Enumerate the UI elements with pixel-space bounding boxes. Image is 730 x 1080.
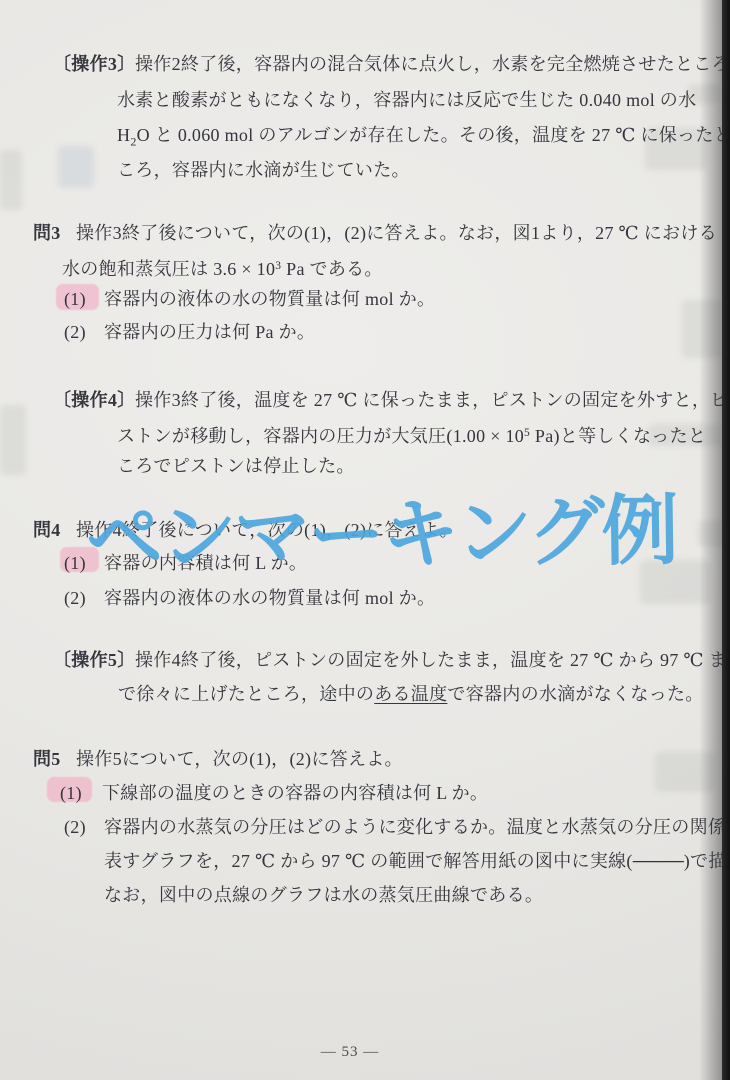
op5-line-2-tail: で容器内の水滴がなくなった。 (447, 684, 703, 704)
q3-item-2-text: 容器内の圧力は何 Pa か。 (104, 320, 315, 345)
photo-edge-strip (722, 0, 730, 1080)
op3-line-4: ころ，容器内に水滴が生じていた。 (117, 158, 410, 183)
op5-line-2-text: で徐々に上げたところ，途中の (118, 684, 374, 704)
q5-item-2-line-3: なお，図中の点線のグラフは水の蒸気圧曲線である。 (104, 883, 543, 908)
q3-item-1-marker: (1) (64, 287, 86, 312)
watermark-pen-marking-example: ペンマーキング例 (85, 488, 676, 582)
page-edge-shadow (699, 0, 723, 1080)
q5-item-2-marker: (2) (64, 815, 86, 840)
q5-item-1-text: 下線部の温度のときの容器の内容積は何 L か。 (102, 781, 488, 806)
exam-page-photo: 〔操作3〕 操作2終了後，容器内の混合気体に点火し，水素を完全燃焼させたところ，… (0, 0, 730, 1080)
q4-item-2-text: 容器内の液体の水の物質量は何 mol か。 (104, 586, 435, 611)
q3-item-2-marker: (2) (64, 320, 86, 345)
q5-item-2-line-2: 表すグラフを，27 ℃ から 97 ℃ の範囲で解答用紙の図中に実線(────)… (104, 849, 730, 874)
q5-item-2-line-1: 容器内の水蒸気の分圧はどのように変化するか。温度と水蒸気の分圧の関係を (104, 815, 730, 840)
op4-line-3: ころでピストンは停止した。 (117, 454, 355, 479)
op4-line-1: 操作3終了後，温度を 27 ℃ に保ったまま，ピストンの固定を外すと，ピ (135, 388, 728, 413)
q3-line-2-text: 水の飽和蒸気圧は 3.6 × 10 (62, 259, 275, 279)
q5-line-1: 操作5について，次の(1)，(2)に答えよ。 (76, 747, 403, 772)
q4-item-1-marker: (1) (64, 551, 86, 576)
bleed-mark (0, 405, 26, 475)
solid-line-glyph: ──── (633, 851, 684, 871)
op4-line-2-unit: Pa)と等しくなったと (530, 426, 706, 446)
bleed-mark (58, 146, 94, 188)
op3-label: 〔操作3〕 (53, 52, 136, 77)
op3-line-3: H2O と 0.060 mol のアルゴンが存在した。その後，温度を 27 ℃ … (117, 123, 730, 155)
q3-label: 問3 (33, 221, 61, 246)
op3-line-2: 水素と酸素がともになくなり，容器内には反応で生じた 0.040 mol の水 (117, 88, 696, 113)
q3-item-1-text: 容器内の液体の水の物質量は何 mol か。 (104, 287, 435, 312)
q5-item-1-marker: (1) (60, 781, 82, 806)
q4-item-2-marker: (2) (64, 586, 86, 611)
op4-label: 〔操作4〕 (53, 388, 136, 413)
q3-line-2-unit: Pa である。 (281, 259, 382, 279)
op4-line-2: ストンが移動し，容器内の圧力が大気圧(1.00 × 105 Pa)と等しくなった… (117, 421, 706, 449)
q5-item-2-line-2-text: 表すグラフを，27 ℃ から 97 ℃ の範囲で解答用紙の図中に実線( (104, 851, 633, 871)
op4-line-2-text: ストンが移動し，容器内の圧力が大気圧(1.00 × 10 (117, 426, 524, 446)
op5-line-2: で徐々に上げたところ，途中のある温度で容器内の水滴がなくなった。 (118, 682, 704, 707)
op3-line-3-text: O と 0.060 mol のアルゴンが存在した。その後，温度を 27 ℃ に保… (137, 125, 730, 145)
q5-label: 問5 (33, 747, 61, 772)
op3-line-1: 操作2終了後，容器内の混合気体に点火し，水素を完全燃焼させたところ， (135, 52, 730, 77)
underlined-phrase: ある温度 (374, 684, 447, 704)
q4-label: 問4 (33, 518, 61, 543)
bleed-mark (0, 150, 22, 210)
formula-h2o: H (117, 125, 130, 145)
op5-label: 〔操作5〕 (53, 648, 136, 673)
q3-line-1: 操作3終了後について，次の(1)，(2)に答えよ。なお，図1より，27 ℃ にお… (76, 221, 717, 246)
op5-line-1: 操作4終了後，ピストンの固定を外したまま，温度を 27 ℃ から 97 ℃ ま (135, 648, 727, 673)
page-number: — 53 — (300, 1044, 400, 1061)
q3-line-2: 水の飽和蒸気圧は 3.6 × 103 Pa である。 (62, 254, 383, 282)
